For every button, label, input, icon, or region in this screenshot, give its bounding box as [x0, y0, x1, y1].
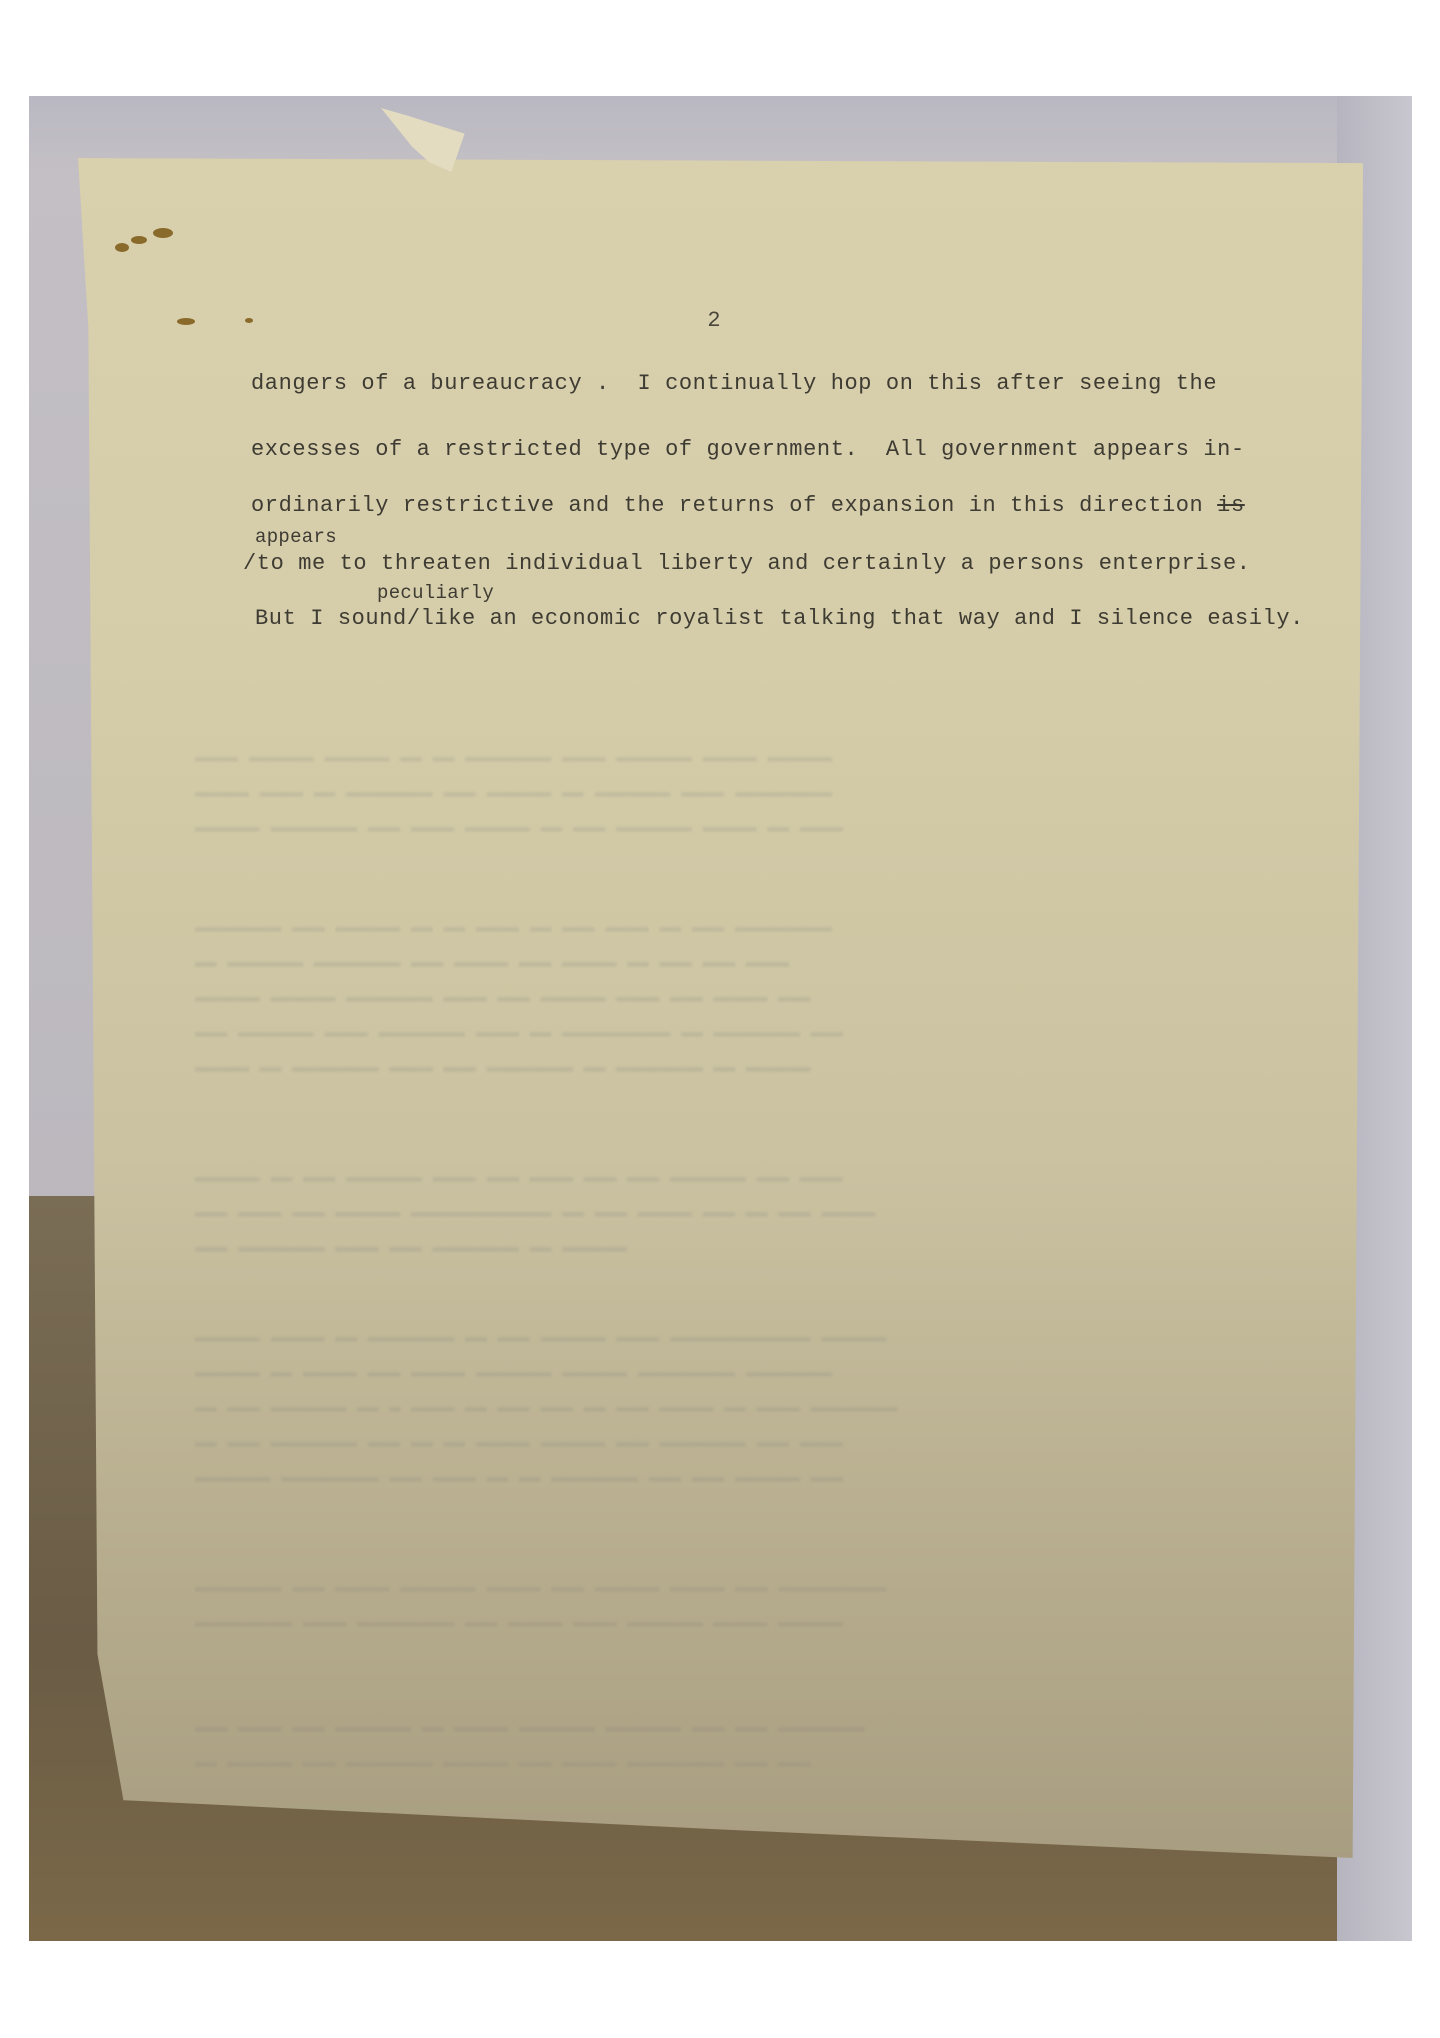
- bleed-through-text: ▬▬▬ ▬▬▬▬ ▬▬▬ ▬▬▬▬▬▬▬ ▬▬ ▬▬▬▬▬ ▬▬▬▬▬▬▬ ▬▬…: [195, 1718, 1243, 1738]
- text-line-4: /to me to threaten individual liberty an…: [243, 551, 1251, 576]
- bleed-through-text: ▬▬▬▬▬▬▬▬▬ ▬▬▬▬ ▬▬▬▬▬▬▬▬▬ ▬▬▬ ▬▬▬▬▬ ▬▬▬▬ …: [195, 1613, 1243, 1633]
- typewritten-page: 2 dangers of a bureaucracy . I continual…: [65, 158, 1363, 1858]
- bleed-through-text: ▬▬▬▬▬ ▬▬ ▬▬▬▬▬▬▬▬ ▬▬▬▬ ▬▬▬ ▬▬▬▬▬▬▬▬ ▬▬ ▬…: [195, 1058, 1243, 1078]
- bleed-through-text: ▬▬▬▬▬▬ ▬▬▬▬▬▬ ▬▬▬▬▬▬▬▬ ▬▬▬▬ ▬▬▬ ▬▬▬▬▬▬ ▬…: [195, 988, 1243, 1008]
- text-line-2: excesses of a restricted type of governm…: [251, 437, 1245, 462]
- bleed-through-text: ▬▬▬▬ ▬▬▬▬▬▬ ▬▬▬▬▬▬ ▬▬ ▬▬ ▬▬▬▬▬▬▬▬ ▬▬▬▬ ▬…: [195, 748, 1243, 768]
- bleed-through-text: ▬▬▬▬▬▬▬▬ ▬▬▬ ▬▬▬▬▬ ▬▬▬▬▬▬▬ ▬▬▬▬▬ ▬▬▬ ▬▬▬…: [195, 1578, 1243, 1598]
- bleed-through-text: ▬▬▬ ▬▬▬▬▬▬▬ ▬▬▬▬ ▬▬▬▬▬▬▬▬ ▬▬▬▬ ▬▬ ▬▬▬▬▬▬…: [195, 1023, 1243, 1043]
- insertion-appears: appears: [255, 526, 337, 548]
- text-line-3: ordinarily restrictive and the returns o…: [251, 493, 1245, 518]
- bleed-through-text: ▬▬▬▬▬▬ ▬▬ ▬▬▬▬▬ ▬▬▬ ▬▬▬▬▬ ▬▬▬▬▬▬▬ ▬▬▬▬▬▬…: [195, 1363, 1243, 1383]
- bleed-through-text: ▬▬▬▬▬▬▬▬ ▬▬▬ ▬▬▬▬▬▬ ▬▬ ▬▬ ▬▬▬▬ ▬▬ ▬▬▬ ▬▬…: [195, 918, 1243, 938]
- bleed-through-text: ▬▬▬ ▬▬▬▬ ▬▬▬ ▬▬▬▬▬▬ ▬▬▬▬▬▬▬▬▬▬▬▬▬ ▬▬ ▬▬▬…: [195, 1203, 1243, 1223]
- stain-mark: [153, 228, 173, 238]
- bleed-through-text: ▬▬ ▬▬▬ ▬▬▬▬▬▬▬ ▬▬ ▬ ▬▬▬▬ ▬▬ ▬▬▬ ▬▬▬ ▬▬ ▬…: [195, 1398, 1243, 1418]
- text-line-1: dangers of a bureaucracy . I continually…: [251, 371, 1217, 396]
- bleed-through-text: ▬▬▬▬▬ ▬▬▬▬ ▬▬ ▬▬▬▬▬▬▬▬ ▬▬▬ ▬▬▬▬▬▬ ▬▬ ▬▬▬…: [195, 783, 1243, 803]
- bleed-through-text: ▬▬▬▬▬▬ ▬▬▬▬▬ ▬▬ ▬▬▬▬▬▬▬▬ ▬▬ ▬▬▬ ▬▬▬▬▬▬ ▬…: [195, 1328, 1243, 1348]
- bleed-through-text: ▬▬ ▬▬▬▬▬▬▬ ▬▬▬▬▬▬▬▬ ▬▬▬ ▬▬▬▬▬ ▬▬▬ ▬▬▬▬▬ …: [195, 953, 1243, 973]
- bleed-through-text: ▬▬▬ ▬▬▬▬▬▬▬▬ ▬▬▬▬ ▬▬▬ ▬▬▬▬▬▬▬▬ ▬▬ ▬▬▬▬▬▬: [195, 1238, 1243, 1258]
- stain-mark: [131, 236, 147, 244]
- text-line-3-body: ordinarily restrictive and the returns o…: [251, 493, 1217, 518]
- bleed-through-text: ▬▬▬▬▬▬ ▬▬ ▬▬▬ ▬▬▬▬▬▬▬ ▬▬▬▬ ▬▬▬ ▬▬▬▬ ▬▬▬ …: [195, 1168, 1243, 1188]
- bleed-through-text: ▬▬▬▬▬▬▬ ▬▬▬▬▬▬▬▬▬ ▬▬▬ ▬▬▬▬ ▬▬ ▬▬ ▬▬▬▬▬▬▬…: [195, 1468, 1243, 1488]
- strikeout-mark: is: [1217, 493, 1245, 518]
- bleed-through-text: ▬▬ ▬▬▬ ▬▬▬▬▬▬▬▬ ▬▬▬ ▬▬ ▬▬ ▬▬▬▬▬ ▬▬▬▬▬▬ ▬…: [195, 1433, 1243, 1453]
- stain-mark: [115, 243, 129, 252]
- bleed-through-text: ▬▬▬▬▬▬ ▬▬▬▬▬▬▬▬ ▬▬▬ ▬▬▬▬ ▬▬▬▬▬▬ ▬▬ ▬▬▬ ▬…: [195, 818, 1243, 838]
- scanned-photo: 2 dangers of a bureaucracy . I continual…: [29, 96, 1412, 1941]
- insertion-peculiarly: peculiarly: [377, 582, 494, 604]
- text-line-5: But I sound/like an economic royalist ta…: [255, 606, 1304, 631]
- page-number: 2: [65, 308, 1363, 333]
- bleed-through-text: ▬▬ ▬▬▬▬▬▬ ▬▬▬ ▬▬▬▬▬▬▬▬ ▬▬▬▬▬▬ ▬▬▬ ▬▬▬▬▬ …: [195, 1753, 1243, 1773]
